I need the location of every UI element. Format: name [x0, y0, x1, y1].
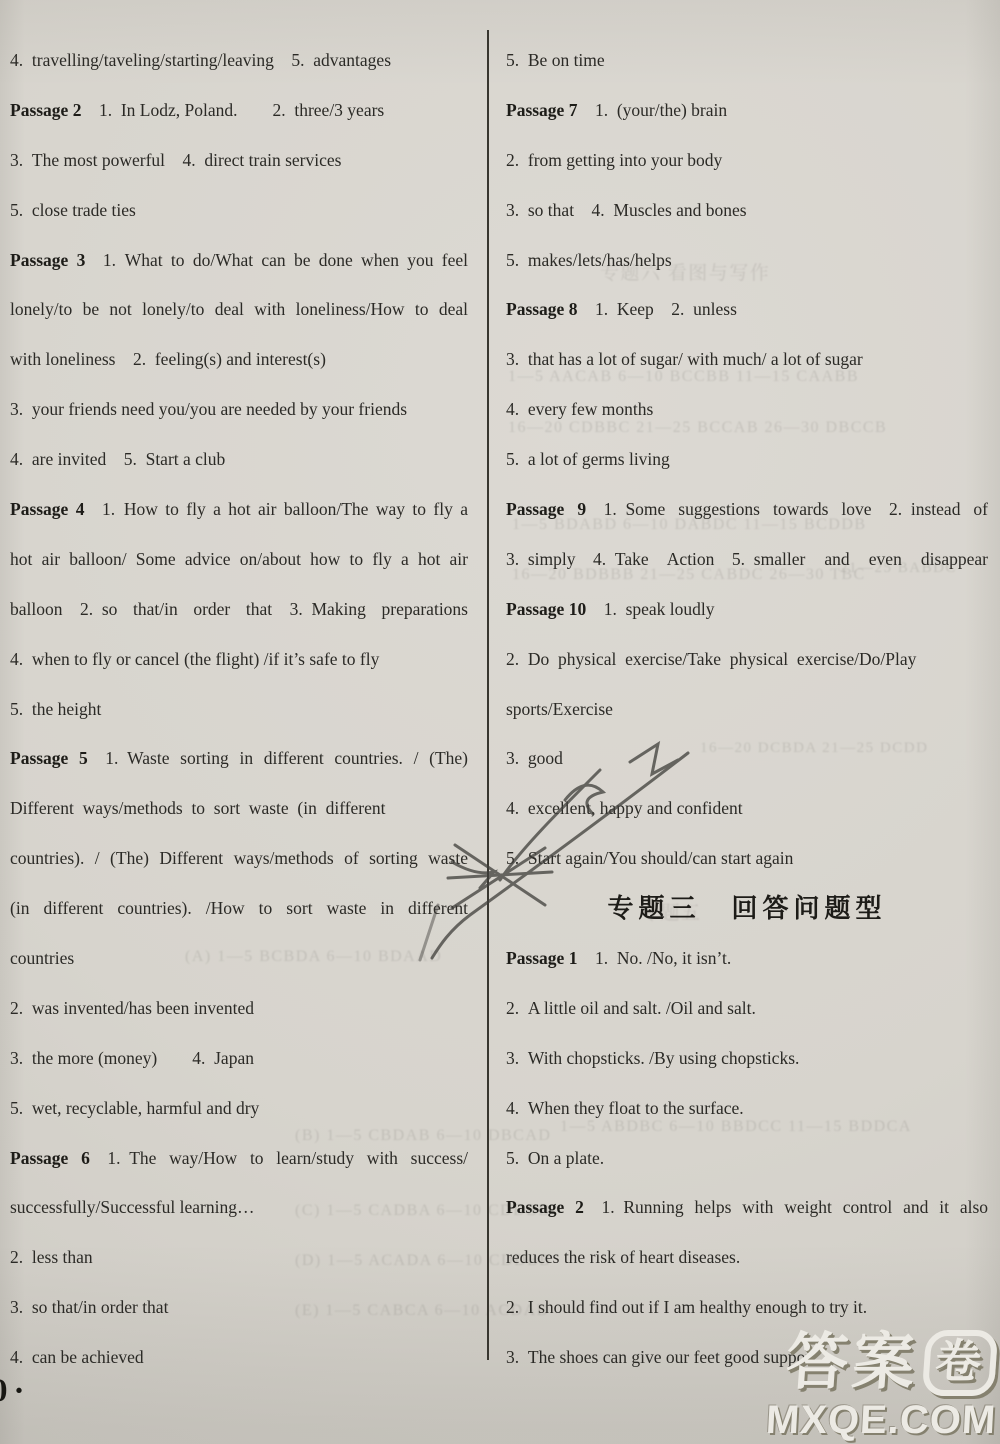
answer-line: lonely/to be not lonely/to deal with lon… [10, 285, 468, 335]
answer-line: 2. I should find out if I am healthy eno… [506, 1283, 988, 1333]
passage-label: Passage 6 [10, 1148, 90, 1168]
answer-line: Passage 7 1. (your/the) brain [506, 86, 988, 136]
answer-line: 5. a lot of germs living [506, 435, 988, 485]
answer-line: Passage 10 1. speak loudly [506, 585, 988, 635]
answer-line: Passage 9 1. Some suggestions towards lo… [506, 485, 988, 535]
page: 1—5 AACAB 6—10 BCCBB 11—15 CAABB16—20 CD… [0, 0, 1000, 1444]
answer-line: Passage 4 1. How to fly a hot air balloo… [10, 485, 468, 535]
passage-label: Passage 8 [506, 299, 577, 319]
section-header: 专题三 回答问题型 [506, 884, 988, 934]
answer-line: 3. your friends need you/you are needed … [10, 385, 468, 435]
passage-label: Passage 7 [506, 100, 577, 120]
answer-line: Passage 1 1. No. /No, it isn’t. [506, 934, 988, 984]
answer-line: 2. Do physical exercise/Take physical ex… [506, 635, 988, 685]
answer-line: 3. that has a lot of sugar/ with much/ a… [506, 335, 988, 385]
answer-line: 4. when to fly or cancel (the flight) /i… [10, 635, 468, 685]
answer-line: 2. less than [10, 1233, 468, 1283]
answer-line: with loneliness 2. feeling(s) and intere… [10, 335, 468, 385]
answer-line: 3. the more (money) 4. Japan [10, 1034, 468, 1084]
answer-line: 5. Be on time [506, 36, 988, 86]
answer-line: Passage 8 1. Keep 2. unless [506, 285, 988, 335]
answer-line: 4. excellent, happy and confident [506, 784, 988, 834]
answer-line: 5. Start again/You should/can start agai… [506, 834, 988, 884]
answer-line: Passage 3 1. What to do/What can be done… [10, 236, 468, 286]
column-left: 4. travelling/taveling/starting/leaving … [10, 36, 468, 1383]
answer-line: 2. A little oil and salt. /Oil and salt. [506, 984, 988, 1034]
answer-line: hot air balloon/ Some advice on/about ho… [10, 535, 468, 585]
answer-line: 3. good [506, 734, 988, 784]
passage-label: Passage 9 [506, 499, 586, 519]
passage-label: Passage 2 [506, 1197, 584, 1217]
answer-line: 4. travelling/taveling/starting/leaving … [10, 36, 468, 86]
answer-line: 3. The most powerful 4. direct train ser… [10, 136, 468, 186]
passage-label: Passage 3 [10, 250, 85, 270]
answer-line: 2. from getting into your body [506, 136, 988, 186]
answer-line: 3. simply 4. Take Action 5. smaller and … [506, 535, 988, 585]
passage-label: Passage 10 [506, 599, 586, 619]
answer-line: 3. so that/in order that [10, 1283, 468, 1333]
answer-line: (in different countries). /How to sort w… [10, 884, 468, 934]
passage-label: Passage 4 [10, 499, 84, 519]
column-divider [487, 30, 489, 1360]
passage-label: Passage 2 [10, 100, 81, 120]
answer-line: 5. wet, recyclable, harmful and dry [10, 1084, 468, 1134]
answer-line: 3. The shoes can give our feet good supp… [506, 1333, 988, 1383]
answer-line: countries [10, 934, 468, 984]
answer-line: Passage 2 1. Running helps with weight c… [506, 1183, 988, 1233]
answer-line: 3. so that 4. Muscles and bones [506, 186, 988, 236]
answer-line: Passage 2 1. In Lodz, Poland. 2. three/3… [10, 86, 468, 136]
answer-line: 4. every few months [506, 385, 988, 435]
answer-line: countries). / (The) Different ways/metho… [10, 834, 468, 884]
answer-line: reduces the risk of heart diseases. [506, 1233, 988, 1283]
column-right: 5. Be on timePassage 7 1. (your/the) bra… [506, 36, 988, 1383]
watermark-site-url: MXQE.COM [765, 1400, 997, 1440]
answer-line: successfully/Successful learning… [10, 1183, 468, 1233]
answer-line: Different ways/methods to sort waste (in… [10, 784, 468, 834]
scanned-answer-page: { "page": { "page_number": "0\u00b7" }, … [0, 0, 1000, 1444]
answer-line: balloon 2. so that/in order that 3. Maki… [10, 585, 468, 635]
answer-line: 4. are invited 5. Start a club [10, 435, 468, 485]
passage-label: Passage 5 [10, 748, 88, 768]
answer-line: 5. the height [10, 685, 468, 735]
answer-line: 2. was invented/has been invented [10, 984, 468, 1034]
answer-line: 5. close trade ties [10, 186, 468, 236]
page-number: 0· [0, 1373, 31, 1410]
answer-line: 4. can be achieved [10, 1333, 468, 1383]
answer-line: sports/Exercise [506, 685, 988, 735]
answer-line: 5. On a plate. [506, 1134, 988, 1184]
answer-line: 3. With chopsticks. /By using chopsticks… [506, 1034, 988, 1084]
answer-line: 5. makes/lets/has/helps [506, 236, 988, 286]
passage-label: Passage 1 [506, 948, 577, 968]
answer-line: Passage 5 1. Waste sorting in different … [10, 734, 468, 784]
answer-line: 4. When they float to the surface. [506, 1084, 988, 1134]
answer-line: Passage 6 1. The way/How to learn/study … [10, 1134, 468, 1184]
